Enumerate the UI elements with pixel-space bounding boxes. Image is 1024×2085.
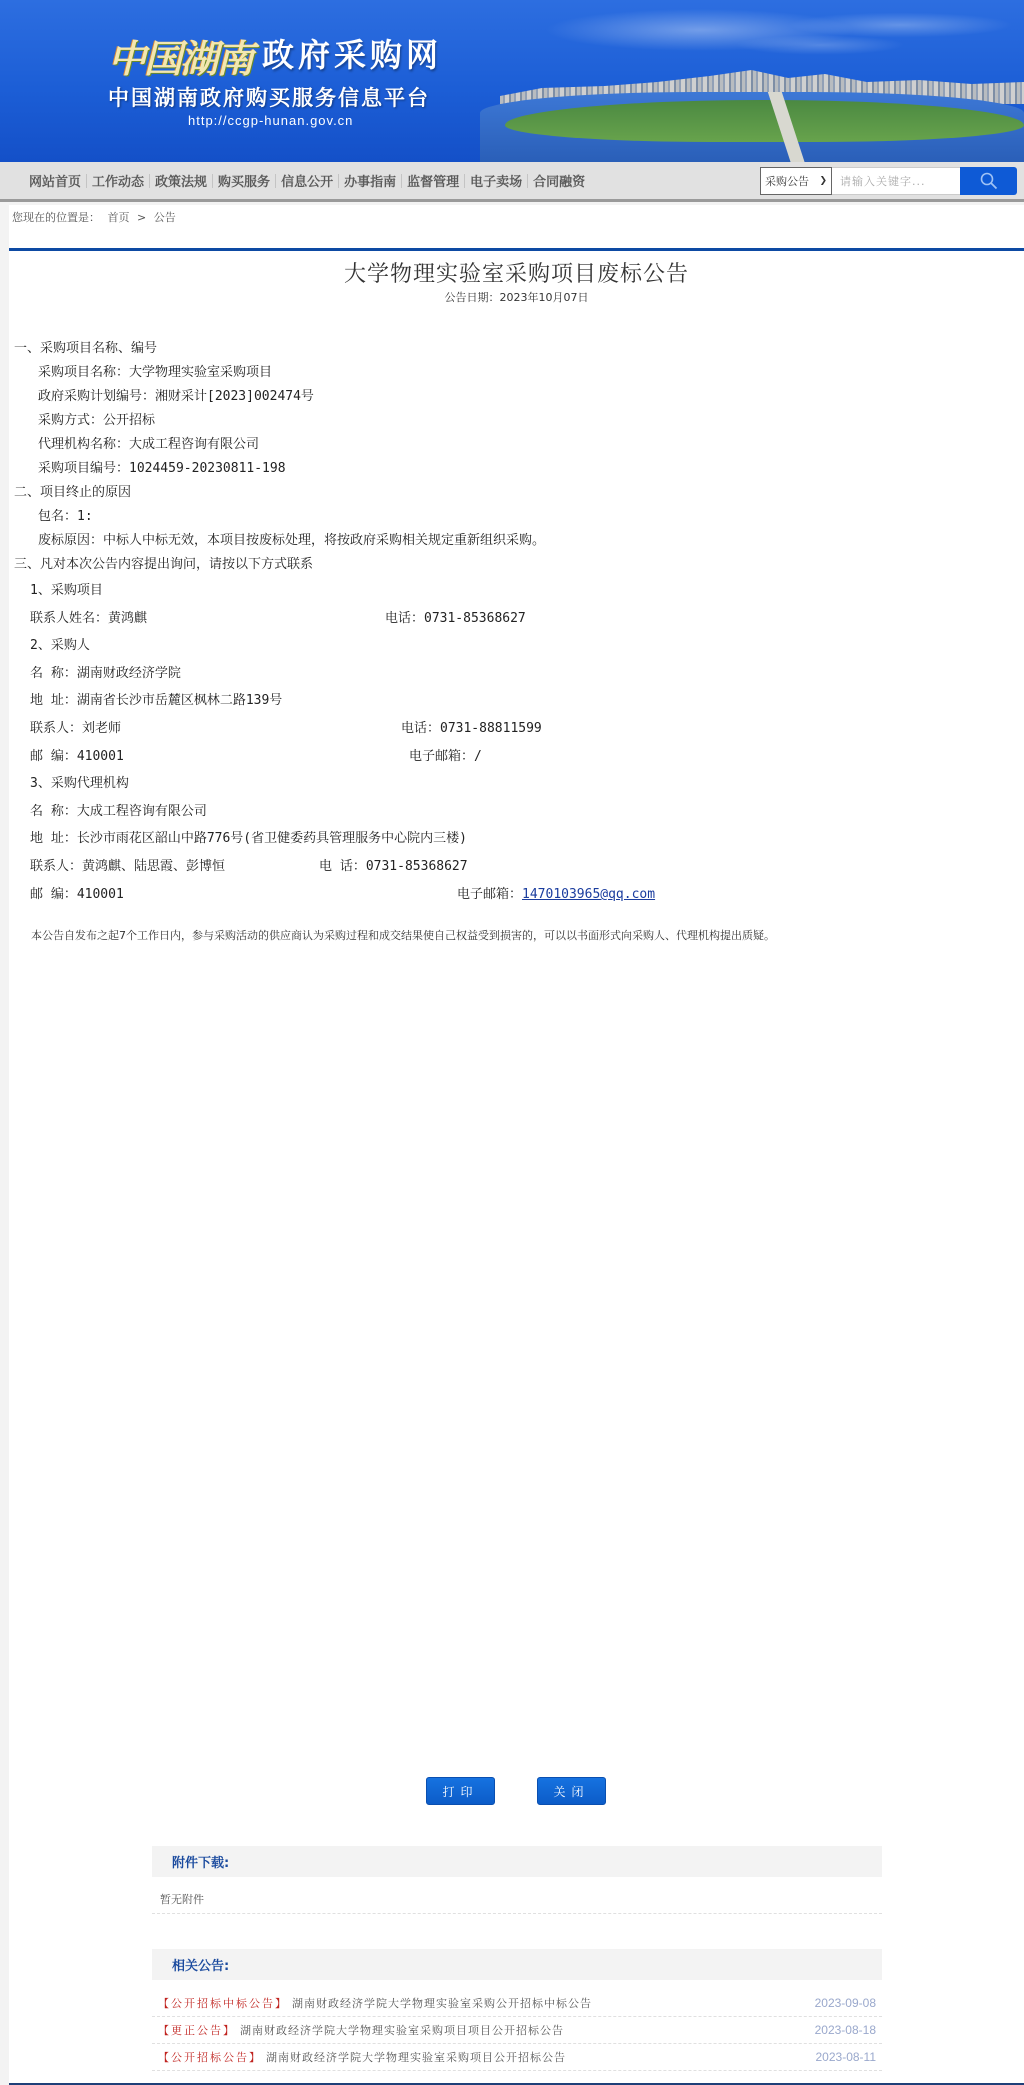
termination-reason: 废标原因：中标人中标无效，本项目按废标处理，将按政府采购相关规定重新组织采购。	[38, 529, 545, 548]
nav-item-supervision[interactable]: 监督管理	[402, 171, 464, 190]
related-heading: 相关公告:	[152, 1949, 882, 1980]
section-heading: 二、项目终止的原因	[14, 481, 131, 500]
procurement-method: 采购方式：公开招标	[38, 409, 155, 428]
objection-notice: 本公告自发布之起7个工作日内，参与采购活动的供应商认为采购过程和成交结果使自己权…	[31, 927, 775, 943]
agency-contacts: 联系人：黄鸿麒、陆思霞、彭博恒	[30, 855, 225, 874]
related-item-date: 2023-08-11	[816, 2050, 877, 2064]
nav-item-work-news[interactable]: 工作动态	[87, 171, 149, 190]
related-item-date: 2023-09-08	[815, 1996, 876, 2010]
contact-subheading: 2、采购人	[30, 634, 90, 653]
agency-email: 电子邮箱：1470103965@qq.com	[457, 883, 655, 902]
purchaser-postcode: 邮 编：410001	[30, 745, 124, 764]
breadcrumb-prefix: 您现在的位置是：	[12, 211, 100, 224]
nav-item-policies[interactable]: 政策法规	[150, 171, 212, 190]
site-url: http://ccgp-hunan.gov.cn	[188, 113, 353, 128]
title-divider	[9, 248, 1024, 251]
related-panel: 相关公告: 【公开招标中标公告】 湖南财政经济学院大学物理实验室采购公开招标中标…	[152, 1949, 882, 2071]
related-item-tag: 【更正公告】	[158, 2022, 236, 2038]
purchaser-name: 名 称：湖南财政经济学院	[30, 662, 181, 681]
publish-date: 公告日期：2023年10月07日	[9, 289, 1024, 305]
package-name: 包名：1:	[38, 505, 93, 524]
purchaser-email: 电子邮箱：/	[409, 745, 482, 764]
project-name: 采购项目名称：大学物理实验室采购项目	[38, 361, 272, 380]
site-banner: 中国湖南 政府采购网 中国湖南政府购买服务信息平台 http://ccgp-hu…	[0, 0, 1024, 162]
nav-item-guide[interactable]: 办事指南	[339, 171, 401, 190]
logo-subtitle: 中国湖南政府购买服务信息平台	[108, 82, 430, 112]
contact-subheading: 1、采购项目	[30, 579, 103, 598]
main-nav: 网站首页 工作动态 政策法规 购买服务 信息公开 办事指南 监督管理 电子卖场 …	[0, 162, 1024, 202]
breadcrumb: 您现在的位置是： 首页 > 公告	[12, 209, 180, 225]
breadcrumb-home[interactable]: 首页	[108, 211, 130, 224]
related-item-date: 2023-08-18	[815, 2023, 876, 2037]
logo-calligraphy: 中国湖南	[108, 28, 252, 83]
page-title: 大学物理实验室采购项目废标公告	[9, 257, 1024, 288]
nav-item-contract-finance[interactable]: 合同融资	[528, 171, 590, 190]
nav-items: 网站首页 工作动态 政策法规 购买服务 信息公开 办事指南 监督管理 电子卖场 …	[0, 171, 590, 190]
nav-item-purchase-services[interactable]: 购买服务	[213, 171, 275, 190]
agency-name: 代理机构名称：大成工程咨询有限公司	[38, 433, 259, 452]
agency-contact-name: 名 称：大成工程咨询有限公司	[30, 800, 207, 819]
related-item[interactable]: 【公开招标中标公告】 湖南财政经济学院大学物理实验室采购公开招标中标公告 202…	[152, 1990, 882, 2017]
agency-email-label: 电子邮箱：	[457, 887, 522, 902]
search-placeholder: 请输入关键字...	[840, 173, 926, 189]
search-icon	[980, 172, 998, 190]
related-item-tag: 【公开招标公告】	[158, 2049, 262, 2065]
plan-number: 政府采购计划编号：湘财采计[2023]002474号	[38, 385, 314, 404]
project-contact-name: 联系人姓名：黄鸿麒	[30, 607, 147, 626]
breadcrumb-current[interactable]: 公告	[154, 211, 176, 224]
contact-subheading: 3、采购代理机构	[30, 772, 129, 791]
project-number: 采购项目编号：1024459-20230811-198	[38, 457, 286, 476]
section-heading: 三、凡对本次公告内容提出询问，请按以下方式联系	[14, 553, 313, 572]
agency-phone: 电 话：0731-85368627	[319, 855, 468, 874]
nav-item-home[interactable]: 网站首页	[24, 171, 86, 190]
purchaser-address: 地 址：湖南省长沙市岳麓区枫林二路139号	[30, 689, 282, 708]
search-button[interactable]	[960, 167, 1017, 195]
related-item[interactable]: 【更正公告】 湖南财政经济学院大学物理实验室采购项目项目公开招标公告 2023-…	[152, 2017, 882, 2044]
purchaser-contact: 联系人：刘老师	[30, 717, 121, 736]
attachments-empty: 暂无附件	[152, 1877, 882, 1914]
agency-address: 地 址：长沙市雨花区韶山中路776号(省卫健委药具管理服务中心院内三楼)	[30, 827, 467, 846]
related-item-title[interactable]: 湖南财政经济学院大学物理实验室采购公开招标中标公告	[292, 1995, 592, 2011]
content-area: 您现在的位置是： 首页 > 公告 大学物理实验室采购项目废标公告 公告日期：20…	[9, 205, 1024, 2085]
nav-item-e-mall[interactable]: 电子卖场	[465, 171, 527, 190]
close-button[interactable]: 关闭	[537, 1777, 606, 1805]
project-contact-phone: 电话：0731-85368627	[385, 607, 526, 626]
nav-item-info-disclosure[interactable]: 信息公开	[276, 171, 338, 190]
logo-title: 政府采购网	[262, 30, 442, 76]
chevron-down-icon: ❯	[819, 176, 827, 186]
search-category-select[interactable]: 采购公告 ❯	[760, 167, 832, 195]
print-button[interactable]: 打印	[426, 1777, 495, 1805]
related-item-title[interactable]: 湖南财政经济学院大学物理实验室采购项目项目公开招标公告	[240, 2022, 564, 2038]
search-box: 采购公告 ❯ 请输入关键字...	[760, 167, 1017, 195]
agency-postcode: 邮 编：410001	[30, 883, 124, 902]
related-item-tag: 【公开招标中标公告】	[158, 1995, 288, 2011]
search-input[interactable]: 请输入关键字...	[832, 167, 960, 195]
agency-email-link[interactable]: 1470103965@qq.com	[522, 887, 655, 902]
attachments-panel: 附件下载: 暂无附件	[152, 1846, 882, 1914]
purchaser-phone: 电话：0731-88811599	[401, 717, 542, 736]
section-heading: 一、采购项目名称、编号	[14, 337, 157, 356]
banner-island	[505, 100, 1024, 142]
attachments-heading: 附件下载:	[152, 1846, 882, 1877]
related-item-title[interactable]: 湖南财政经济学院大学物理实验室采购项目公开招标公告	[266, 2049, 566, 2065]
search-category-value: 采购公告	[765, 173, 809, 189]
related-item[interactable]: 【公开招标公告】 湖南财政经济学院大学物理实验室采购项目公开招标公告 2023-…	[152, 2044, 882, 2071]
breadcrumb-separator: >	[137, 211, 146, 224]
